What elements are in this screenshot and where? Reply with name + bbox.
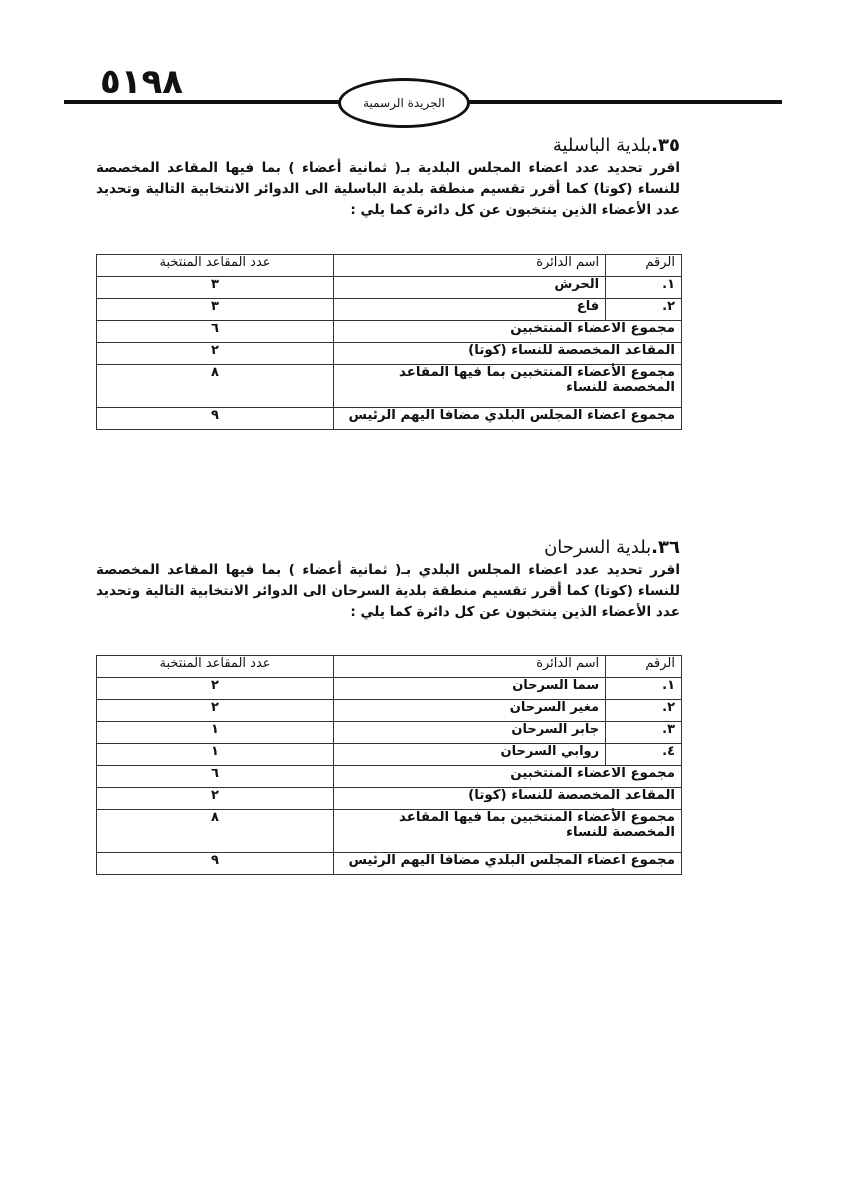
- summary-label: المقاعد المخصصة للنساء (كوتا): [334, 343, 682, 365]
- table-header-row: الرقم اسم الدائرة عدد المقاعد المنتخبة: [97, 255, 682, 277]
- summary-value: ٢: [97, 788, 334, 810]
- row-district: جابر السرحان: [334, 722, 606, 744]
- summary-label: مجموع الاعضاء المنتخبين: [334, 321, 682, 343]
- section-number: ٣٥.: [651, 135, 680, 156]
- header-district: اسم الدائرة: [334, 656, 606, 678]
- table-row: ١. الحرش ٣: [97, 277, 682, 299]
- section-basiliya: ٣٥.بلدية الباسلية اقرر تحديد عدد اعضاء ا…: [96, 134, 680, 221]
- header-rule-right: [468, 100, 782, 104]
- row-seats: ٢: [97, 678, 334, 700]
- row-district: مغير السرحان: [334, 700, 606, 722]
- summary-row: مجموع اعضاء المجلس البلدي مضافا اليهم ال…: [97, 853, 682, 875]
- summary-value: ٨: [97, 810, 334, 853]
- row-district: الحرش: [334, 277, 606, 299]
- row-district: سما السرحان: [334, 678, 606, 700]
- summary-label: المقاعد المخصصة للنساء (كوتا): [334, 788, 682, 810]
- row-seats: ٣: [97, 299, 334, 321]
- table-header-row: الرقم اسم الدائرة عدد المقاعد المنتخبة: [97, 656, 682, 678]
- table-row: ٤. روابي السرحان ١: [97, 744, 682, 766]
- row-number: ١.: [606, 678, 682, 700]
- section-paragraph: اقرر تحديد عدد اعضاء المجلس البلدية بـ( …: [96, 158, 680, 221]
- table-row: ٢. مغير السرحان ٢: [97, 700, 682, 722]
- summary-value: ٨: [97, 365, 334, 408]
- row-seats: ١: [97, 744, 334, 766]
- row-seats: ١: [97, 722, 334, 744]
- header-seats: عدد المقاعد المنتخبة: [97, 656, 334, 678]
- section-name: بلدية الباسلية: [553, 135, 651, 156]
- summary-value: ٦: [97, 321, 334, 343]
- section-name: بلدية السرحان: [544, 537, 651, 558]
- summary-row: مجموع اعضاء المجلس البلدي مضافا اليهم ال…: [97, 408, 682, 430]
- districts-table-basiliya: الرقم اسم الدائرة عدد المقاعد المنتخبة ١…: [96, 254, 682, 430]
- header-number: الرقم: [606, 656, 682, 678]
- summary-row: المقاعد المخصصة للنساء (كوتا) ٢: [97, 788, 682, 810]
- summary-label: مجموع الأعضاء المنتخبين بما فيها المقاعد…: [334, 810, 682, 853]
- summary-label: مجموع الاعضاء المنتخبين: [334, 766, 682, 788]
- row-number: ٣.: [606, 722, 682, 744]
- row-seats: ٣: [97, 277, 334, 299]
- districts-table-sarhan: الرقم اسم الدائرة عدد المقاعد المنتخبة ١…: [96, 655, 682, 875]
- table-row: ٣. جابر السرحان ١: [97, 722, 682, 744]
- summary-row: مجموع الأعضاء المنتخبين بما فيها المقاعد…: [97, 810, 682, 853]
- row-number: ٤.: [606, 744, 682, 766]
- row-district: روابي السرحان: [334, 744, 606, 766]
- summary-label: مجموع الأعضاء المنتخبين بما فيها المقاعد…: [334, 365, 682, 408]
- section-title: ٣٥.بلدية الباسلية: [96, 134, 680, 158]
- summary-row: مجموع الأعضاء المنتخبين بما فيها المقاعد…: [97, 365, 682, 408]
- table-row: ١. سما السرحان ٢: [97, 678, 682, 700]
- row-number: ٢.: [606, 700, 682, 722]
- header-number: الرقم: [606, 255, 682, 277]
- publication-title: الجريدة الرسمية: [363, 96, 445, 110]
- summary-value: ٦: [97, 766, 334, 788]
- header-district: اسم الدائرة: [334, 255, 606, 277]
- summary-row: المقاعد المخصصة للنساء (كوتا) ٢: [97, 343, 682, 365]
- header-seats: عدد المقاعد المنتخبة: [97, 255, 334, 277]
- section-paragraph: اقرر تحديد عدد اعضاء المجلس البلدي بـ( ث…: [96, 560, 680, 623]
- summary-value: ٢: [97, 343, 334, 365]
- row-seats: ٢: [97, 700, 334, 722]
- summary-label: مجموع اعضاء المجلس البلدي مضافا اليهم ال…: [334, 853, 682, 875]
- row-number: ١.: [606, 277, 682, 299]
- summary-label: مجموع اعضاء المجلس البلدي مضافا اليهم ال…: [334, 408, 682, 430]
- summary-row: مجموع الاعضاء المنتخبين ٦: [97, 321, 682, 343]
- page-number: ٥١٩٨: [100, 62, 183, 102]
- row-number: ٢.: [606, 299, 682, 321]
- summary-value: ٩: [97, 408, 334, 430]
- section-title: ٣٦.بلدية السرحان: [96, 536, 680, 560]
- table-row: ٢. فاع ٣: [97, 299, 682, 321]
- summary-row: مجموع الاعضاء المنتخبين ٦: [97, 766, 682, 788]
- row-district: فاع: [334, 299, 606, 321]
- section-number: ٣٦.: [651, 537, 680, 558]
- summary-value: ٩: [97, 853, 334, 875]
- publication-emblem: الجريدة الرسمية: [338, 78, 470, 128]
- header-rule-left: [64, 100, 340, 104]
- section-sarhan: ٣٦.بلدية السرحان اقرر تحديد عدد اعضاء ال…: [96, 536, 680, 623]
